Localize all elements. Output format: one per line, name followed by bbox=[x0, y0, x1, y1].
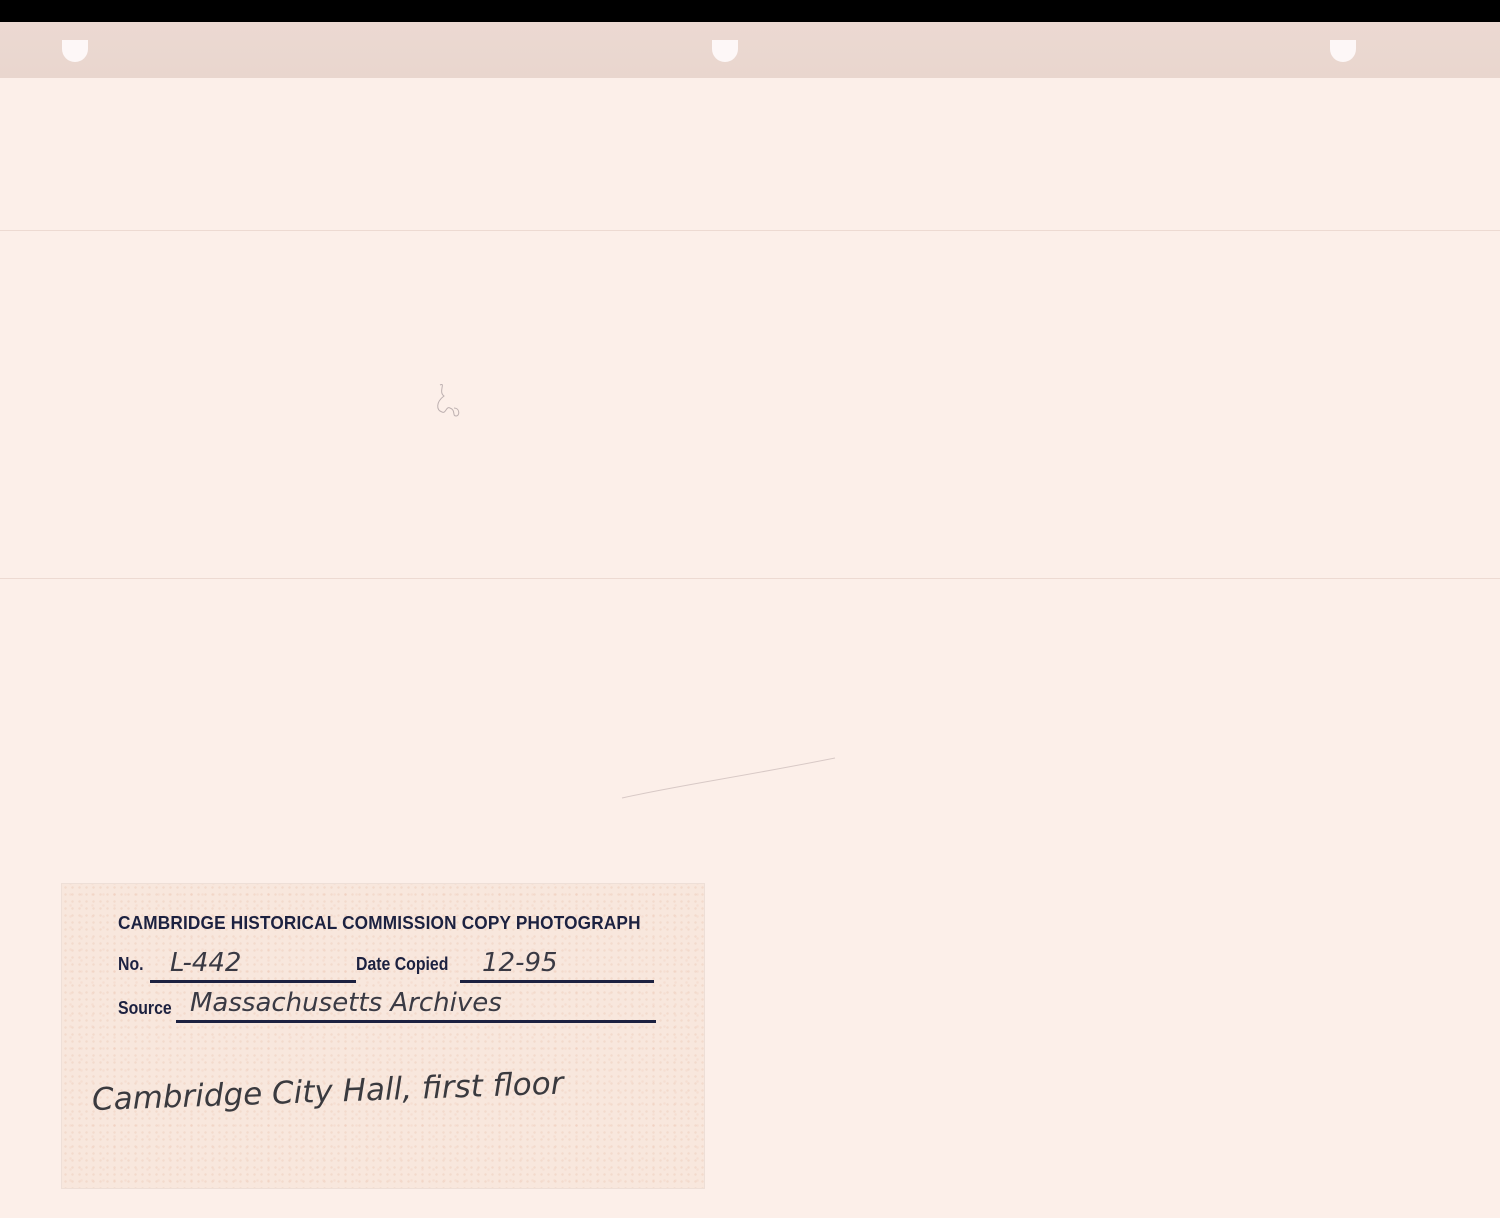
number-row: No. bbox=[118, 954, 147, 975]
punch-hole bbox=[1330, 40, 1356, 62]
number-label: No. bbox=[118, 954, 144, 975]
source-row: Source bbox=[118, 998, 179, 1019]
pencil-scratch-mark bbox=[620, 755, 840, 805]
paper-crease bbox=[0, 578, 1500, 579]
catalog-label: CAMBRIDGE HISTORICAL COMMISSION COPY PHO… bbox=[62, 884, 704, 1188]
source-value: Massachusetts Archives bbox=[190, 988, 502, 1018]
source-label: Source bbox=[118, 998, 172, 1019]
pencil-scribble-mark bbox=[430, 380, 470, 425]
paper-crease bbox=[0, 230, 1500, 231]
scanner-edge bbox=[0, 0, 1500, 23]
date-value: 12-95 bbox=[482, 948, 558, 978]
punch-hole bbox=[712, 40, 738, 62]
date-label: Date Copied bbox=[356, 954, 448, 975]
paper-top-band bbox=[0, 22, 1500, 78]
date-field: 12-95 bbox=[460, 950, 654, 983]
handwritten-caption: Cambridge City Hall, first floor bbox=[91, 1066, 564, 1118]
punch-hole bbox=[62, 40, 88, 62]
source-field: Massachusetts Archives bbox=[176, 990, 656, 1023]
label-header: CAMBRIDGE HISTORICAL COMMISSION COPY PHO… bbox=[118, 912, 641, 934]
date-row: Date Copied bbox=[356, 954, 461, 975]
number-value: L-442 bbox=[170, 948, 241, 978]
number-field: L-442 bbox=[150, 950, 356, 983]
